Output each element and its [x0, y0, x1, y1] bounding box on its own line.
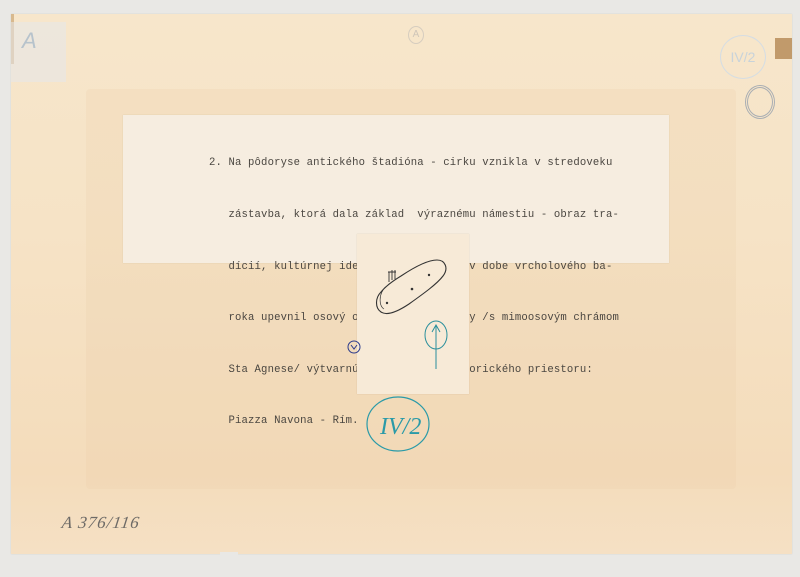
caption-line: zástavba, ktorá dala základ výraznému ná… — [209, 207, 649, 224]
piazza-oval-icon — [377, 260, 446, 314]
torn-edge — [220, 552, 238, 556]
stamp-text: IV/2 — [379, 414, 421, 440]
north-arrow-icon — [425, 321, 447, 369]
top-circled-letter: A — [408, 26, 424, 44]
inventory-number: A 376/116 — [61, 513, 142, 533]
small-circled-mark-icon — [343, 335, 367, 359]
caption-line: 2. Na pôdoryse antického štadióna - cirk… — [209, 155, 649, 172]
fountain-dots-icon — [386, 274, 430, 304]
brown-tape-tab — [775, 38, 792, 59]
iv-2-circled-stamp: IV/2 — [360, 392, 440, 457]
pencil-ring-mark — [745, 85, 775, 119]
corner-tag — [11, 22, 66, 82]
faint-circled-number: IV/2 — [720, 35, 766, 79]
corner-letter: A — [22, 28, 37, 54]
piazza-plan-sketch — [357, 234, 469, 394]
